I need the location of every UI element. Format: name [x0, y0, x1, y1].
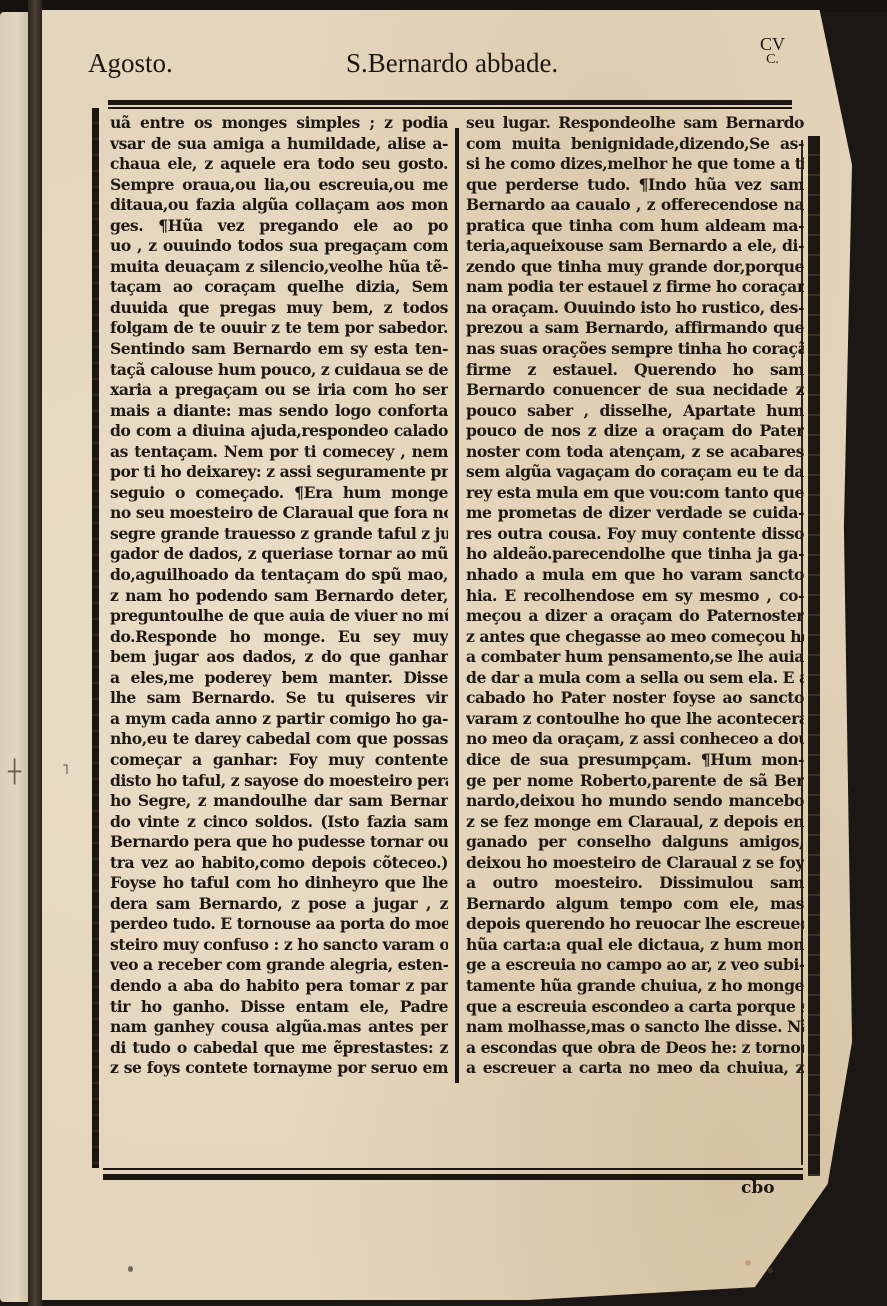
text-line: Sempre oraua,ou lia,ou escreuia,ou me [110, 175, 448, 196]
text-line: nardo,deixou ho mundo sendo mancebo [466, 791, 804, 812]
column-divider-rule [455, 128, 459, 1083]
text-line: Bernardo pera que ho pudesse tornar ou [110, 832, 448, 853]
text-line: na oraçam. Ouuindo isto ho rustico, des- [466, 298, 804, 319]
text-line: do.Responde ho monge. Eu sey muy [110, 627, 448, 648]
text-line: lhe sam Bernardo. Se tu quiseres vir [110, 688, 448, 709]
running-head-title: S.Bernardo abbade. [346, 48, 558, 79]
book-gutter [28, 0, 42, 1306]
text-line: nam molhasse,mas o sancto lhe disse. Nã [466, 1017, 804, 1038]
text-line: preguntoulhe de que auia de viuer no mũ [110, 606, 448, 627]
text-line: mais a diante: mas sendo logo conforta [110, 401, 448, 422]
top-double-rule [108, 100, 792, 109]
right-border-rule [808, 136, 820, 1176]
text-line: sem algũa vagaçam do coraçam eu te da [466, 462, 804, 483]
text-line: as tentaçam. Nem por ti comecey , nem [110, 442, 448, 463]
text-line: nam ganhey cousa algũa.mas antes per [110, 1017, 448, 1038]
text-line: começar a ganhar: Foy muy contente [110, 750, 448, 771]
text-line: ganado per conselho dalguns amigos, [466, 832, 804, 853]
text-line: z se foys contete tornayme por seruo em [110, 1058, 448, 1079]
text-line: me prometas de dizer verdade se cuida- [466, 503, 804, 524]
text-line: ges. ¶Hũa vez pregando ele ao po [110, 216, 448, 237]
text-line: pouco de nos z dize a oraçam do Pater [466, 421, 804, 442]
text-line: a mym cada anno z partir comigo ho ga- [110, 709, 448, 730]
text-column-left: uã entre os monges simples ; z podiavsar… [110, 113, 448, 1079]
text-line: nho,eu te darey cabedal com que possas [110, 729, 448, 750]
text-line: chaua ele, z aquele era todo seu gosto. [110, 154, 448, 175]
running-head-month: Agosto. [88, 48, 173, 79]
text-line: do,aguilhoado da tentaçam do spũ mao, [110, 565, 448, 586]
text-line: prezou a sam Bernardo, affirmando que [466, 318, 804, 339]
text-line: tir ho ganho. Disse entam ele, Padre [110, 997, 448, 1018]
text-line: taçã calouse hum pouco, z cuidaua se dei… [110, 360, 448, 381]
text-line: seguio o começado. ¶Era hum monge [110, 483, 448, 504]
text-line: si he como dizes,melhor he que tome a ti [466, 154, 804, 175]
text-line: Bernardo conuencer de sua necidade z [466, 380, 804, 401]
text-line: pouco saber , disselhe, Apartate hum [466, 401, 804, 422]
folio-number: CV C. [760, 36, 785, 68]
text-line: a combater hum pensamento,se lhe auia [466, 647, 804, 668]
text-line: firme z estauel. Querendo ho sam [466, 360, 804, 381]
text-line: do com a diuina ajuda,respondeo calado [110, 421, 448, 442]
running-head: Agosto. S.Bernardo abbade. CV C. [88, 48, 798, 84]
foxing-stain [128, 1266, 133, 1272]
text-line: Bernardo algum tempo com ele, mas [466, 894, 804, 915]
text-line: seu lugar. Respondeolhe sam Bernardo [466, 113, 804, 134]
text-line: uo , z ouuindo todos sua pregaçam com [110, 236, 448, 257]
text-line: z se fez monge em Claraual, z depois en [466, 812, 804, 833]
text-line: cabado ho Pater noster foyse ao sancto [466, 688, 804, 709]
text-line: ho aldeão.parecendolhe que tinha ja ga- [466, 544, 804, 565]
text-line: muita deuaçam z silencio,veolhe hũa tẽ- [110, 257, 448, 278]
text-line: ge per nome Roberto,parente de sã Ber [466, 771, 804, 792]
facing-page-edge [0, 12, 28, 1302]
text-line: res outra cousa. Foy muy contente disso [466, 524, 804, 545]
text-line: que a escreuia escondeo a carta porque s… [466, 997, 804, 1018]
text-line: z nam ho podendo sam Bernardo deter, [110, 586, 448, 607]
text-line: dice de sua presumpçam. ¶Hum mon- [466, 750, 804, 771]
text-line: tra vez ao habito,como depois cõteceo.) [110, 853, 448, 874]
folio-number-sub: C. [760, 52, 785, 68]
text-line: no seu moesteiro de Claraual que fora no [110, 503, 448, 524]
left-border-rule [92, 108, 99, 1168]
text-line: steiro muy confuso : z ho sancto varam o [110, 935, 448, 956]
text-line: xaria a pregaçam ou se iria com ho ser [110, 380, 448, 401]
text-line: folgam de te ouuir z te tem por sabedor. [110, 318, 448, 339]
text-column-right: seu lugar. Respondeolhe sam Bernardocom … [466, 113, 804, 1079]
text-line: disto ho taful, z sayose do moesteiro pe… [110, 771, 448, 792]
text-line: vsar de sua amiga a humildade, alise a- [110, 134, 448, 155]
text-line: z antes que chegasse ao meo começou ho [466, 627, 804, 648]
text-line: a escreuer a carta no meo da chuiua, z [466, 1058, 804, 1079]
text-line: veo a receber com grande alegria, esten- [110, 955, 448, 976]
text-line: dendo a aba do habito pera tomar z par [110, 976, 448, 997]
text-line: perdeo tudo. E tornouse aa porta do moe [110, 914, 448, 935]
text-line: tamente hũa grande chuiua, z ho monge [466, 976, 804, 997]
text-line: dera sam Bernardo, z pose a jugar , z [110, 894, 448, 915]
text-line: Bernardo aa caualo , z offerecendose na [466, 195, 804, 216]
text-line: com muita benignidade,dizendo,Se as- [466, 134, 804, 155]
text-line: pratica que tinha com hum aldeam ma- [466, 216, 804, 237]
text-line: taçam ao coraçam quelhe dizia, Sem [110, 277, 448, 298]
text-line: bem jugar aos dados, z do que ganhar [110, 647, 448, 668]
text-line: varam z contoulhe ho que lhe acontecera [466, 709, 804, 730]
text-line: a escondas que obra de Deos he: z tornou [466, 1038, 804, 1059]
text-line: Sentindo sam Bernardo em sy esta ten- [110, 339, 448, 360]
text-line: di tudo o cabedal que me ẽprestastes: z [110, 1038, 448, 1059]
text-line: segre grande trauesso z grande taful z j… [110, 524, 448, 545]
text-line: que perderse tudo. ¶Indo hũa vez sam [466, 175, 804, 196]
text-line: ge a escreuia no campo ao ar, z veo subi… [466, 955, 804, 976]
text-line: rey esta mula em que vou:com tanto que [466, 483, 804, 504]
text-line: Foyse ho taful com ho dinheyro que lhe [110, 873, 448, 894]
text-line: gador de dados, z queriase tornar ao mũ [110, 544, 448, 565]
bottom-double-rule [103, 1168, 803, 1180]
text-line: uã entre os monges simples ; z podia [110, 113, 448, 134]
catchword: cbo [741, 1178, 775, 1198]
text-line: no meo da oraçam, z assi conheceo a dou- [466, 729, 804, 750]
text-line: nas suas orações sempre tinha ho coraçã [466, 339, 804, 360]
text-line: zendo que tinha muy grande dor,porque [466, 257, 804, 278]
text-line: depois querendo ho reuocar lhe escreueo [466, 914, 804, 935]
text-line: teria,aqueixouse sam Bernardo a ele, di- [466, 236, 804, 257]
text-line: hũa carta:a qual ele dictaua, z hum mon [466, 935, 804, 956]
text-line: nam podia ter estauel z firme ho coraçam [466, 277, 804, 298]
text-line: ditaua,ou fazia algũa collaçam aos mon [110, 195, 448, 216]
margin-ink-mark: ˥ [62, 762, 69, 778]
text-line: hia. E recolhendose em sy mesmo , co- [466, 586, 804, 607]
margin-pencil-mark: ┼ [8, 760, 21, 785]
text-line: por ti ho deixarey: z assi seguramente p… [110, 462, 448, 483]
text-line: do vinte z cinco soldos. (Isto fazia sam [110, 812, 448, 833]
text-line: noster com toda atençam, z se acabares [466, 442, 804, 463]
foxing-stain [768, 1268, 773, 1273]
text-line: meçou a dizer a oraçam do Paternoster [466, 606, 804, 627]
text-line: de dar a mula com a sella ou sem ela. E … [466, 668, 804, 689]
text-line: a outro moesteiro. Dissimulou sam [466, 873, 804, 894]
text-line: nhado a mula em que ho varam sancto [466, 565, 804, 586]
folio-number-main: CV [760, 36, 785, 52]
text-line: a eles,me poderey bem manter. Disse [110, 668, 448, 689]
text-line: ho Segre, z mandoulhe dar sam Bernar [110, 791, 448, 812]
text-line: duuida que pregas muy bem, z todos [110, 298, 448, 319]
text-line: deixou ho moesteiro de Claraual z se foy [466, 853, 804, 874]
foxing-stain [745, 1260, 751, 1266]
